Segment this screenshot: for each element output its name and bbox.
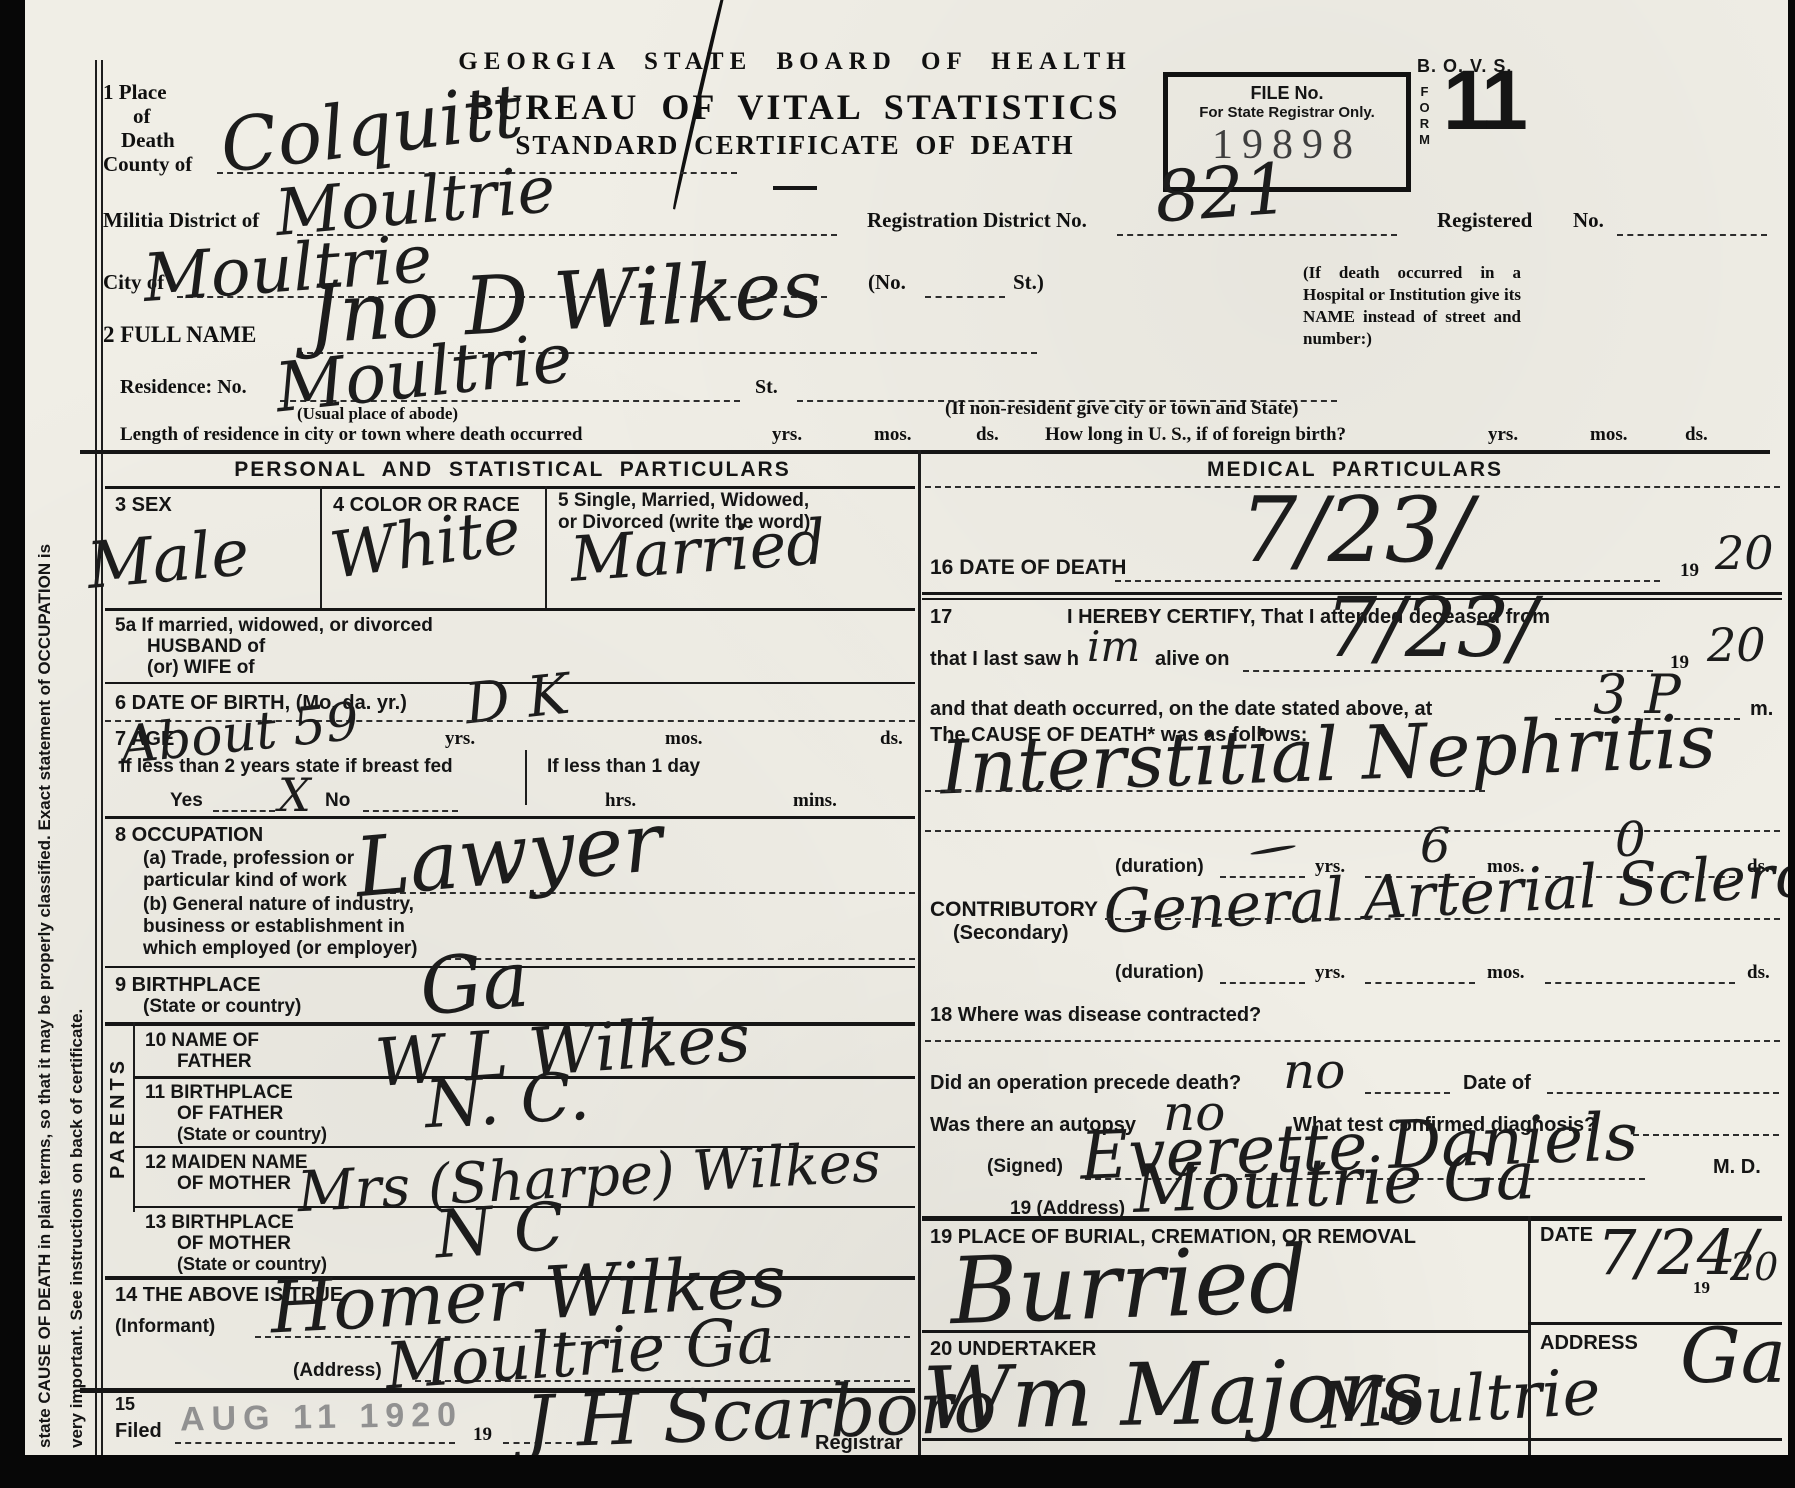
test-dotted-line xyxy=(1633,1134,1779,1136)
father-bp-sub-label: (State or country) xyxy=(177,1124,327,1145)
breastfed-no-label: No xyxy=(325,790,350,812)
filed-date-stamp: AUG 11 1920 xyxy=(180,1396,464,1440)
occupation-a1-label: (a) Trade, profession or xyxy=(143,848,354,870)
filed-dotted-line xyxy=(175,1442,455,1444)
filed-year-prefix: 19 xyxy=(473,1424,492,1446)
form-number: 11 xyxy=(1443,58,1524,142)
howlong-ds-label: ds. xyxy=(1685,424,1708,446)
mother-name-label-2: OF MOTHER xyxy=(177,1173,291,1195)
duration2-mos-label: mos. xyxy=(1487,962,1524,984)
5a-label-2: HUSBAND of xyxy=(147,636,265,658)
age-yrs-label: yrs. xyxy=(445,728,475,750)
dateof-label: Date of xyxy=(1463,1072,1531,1095)
undertaker-city-value: Moultrie xyxy=(1319,1361,1602,1440)
where-contracted-label: 18 Where was disease contracted? xyxy=(930,1004,1261,1027)
burial-year-prefix: 19 xyxy=(1693,1278,1710,1298)
dod-year-value: 20 xyxy=(1715,530,1774,576)
operation-value: no xyxy=(1283,1046,1345,1096)
street-label: St.) xyxy=(1013,270,1044,295)
burial-date-header: DATE xyxy=(1540,1224,1593,1247)
father-bp-label-2: OF FATHER xyxy=(177,1103,283,1125)
place-label-2: of xyxy=(133,104,151,129)
burial-year-value: 20 xyxy=(1730,1248,1778,1286)
sex-value: Male xyxy=(85,521,252,599)
sex-cell-divider xyxy=(320,486,322,608)
occupation-b3-label: which employed (or employer) xyxy=(143,938,418,960)
nonresident-note: (If non-resident give city or town and S… xyxy=(945,398,1298,420)
operation-dotted-line xyxy=(1365,1092,1450,1094)
occupation-label: 8 OCCUPATION xyxy=(115,824,263,847)
length-yrs-label: yrs. xyxy=(772,424,802,446)
lastsaw-date-value: 7/23/ xyxy=(1325,588,1537,670)
no-dotted-line xyxy=(363,810,458,812)
dateof-dotted-line xyxy=(1547,1092,1779,1094)
rule-under-sex-row xyxy=(105,608,915,611)
dob-value: D K xyxy=(462,667,572,734)
registered-label: Registered xyxy=(1437,208,1532,233)
file-registrar-only-label: For State Registrar Only. xyxy=(1168,104,1406,121)
cause-dotted-line xyxy=(925,790,1485,792)
rule-under-undertaker xyxy=(922,1438,1782,1441)
age-cell-divider xyxy=(525,750,527,805)
secondary-label: (Secondary) xyxy=(953,922,1069,945)
father-name-label-2: FATHER xyxy=(177,1051,252,1073)
mother-bp-label-1: 13 BIRTHPLACE xyxy=(145,1212,294,1234)
duration1-yrs-flourish xyxy=(1250,844,1296,856)
county-of-label: County of xyxy=(103,152,192,177)
contributory-label: CONTRIBUTORY xyxy=(930,898,1098,922)
registrar-label: Registrar xyxy=(815,1432,903,1455)
mother-bp-label-2: OF MOTHER xyxy=(177,1233,291,1255)
sex-label: 3 SEX xyxy=(115,494,172,517)
lastsaw-him-value: im xyxy=(1087,626,1140,668)
parents-divider xyxy=(133,1022,135,1212)
header-dash xyxy=(773,186,817,190)
5a-label-1: 5a If married, widowed, or divorced xyxy=(115,615,433,637)
where-dotted-line xyxy=(925,1040,1780,1042)
file-no-label: FILE No. xyxy=(1168,83,1406,104)
undertaker-address-header: ADDRESS xyxy=(1540,1332,1638,1355)
date-of-death-value: 7/23/ xyxy=(1240,486,1472,576)
length-mos-label: mos. xyxy=(874,424,911,446)
personal-header-rule xyxy=(105,486,915,489)
father-bp-label-1: 11 BIRTHPLACE xyxy=(145,1082,293,1104)
duration2-yrs-label: yrs. xyxy=(1315,962,1345,984)
age-mos-label: mos. xyxy=(665,728,702,750)
occupation-b1-label: (b) General nature of industry, xyxy=(143,894,414,916)
informant-address-label: (Address) xyxy=(293,1360,382,1382)
street-no-label: (No. xyxy=(868,270,906,295)
filed-number-label: 15 xyxy=(115,1394,135,1415)
militia-district-label: Militia District of xyxy=(103,208,259,233)
contributory-dotted-line xyxy=(1105,918,1780,920)
occupation-a2-label: particular kind of work xyxy=(143,870,347,892)
race-cell-divider xyxy=(545,486,547,608)
physician-address-value: Moultrie Ga xyxy=(1132,1143,1536,1223)
marital-value: Married xyxy=(568,511,828,591)
certify-number: 17 xyxy=(930,606,952,629)
registration-district-value: 821 xyxy=(1153,153,1291,232)
age-ds-label: ds. xyxy=(880,728,903,750)
margin-instruction-line1: state CAUSE OF DEATH in plain terms, so … xyxy=(35,63,55,1448)
signed-label: (Signed) xyxy=(987,1156,1063,1178)
street-no-dotted-line xyxy=(925,296,1005,298)
lastsaw-post-label: alive on xyxy=(1155,648,1229,671)
father-name-label-1: 10 NAME OF xyxy=(145,1030,259,1052)
margin-instruction-line2: very important. See instructions on back… xyxy=(67,63,87,1448)
residence-label: Residence: No. xyxy=(120,376,247,399)
duration2-ds-label: ds. xyxy=(1747,962,1770,984)
occupation-b2-label: business or establishment in xyxy=(143,916,405,938)
length-ds-label: ds. xyxy=(976,424,999,446)
duration2-label: (duration) xyxy=(1115,962,1204,984)
mins-label: mins. xyxy=(793,790,837,812)
length-of-residence-label: Length of residence in city or town wher… xyxy=(120,424,582,446)
dod-year-prefix: 19 xyxy=(1680,560,1699,582)
scan-background: state CAUSE OF DEATH in plain terms, so … xyxy=(0,0,1795,1488)
duration2-yrs-dotted xyxy=(1220,982,1305,984)
certificate-paper: state CAUSE OF DEATH in plain terms, so … xyxy=(25,0,1788,1455)
registered-no-label: No. xyxy=(1573,208,1604,233)
lastsaw-pre-label: that I last saw h xyxy=(930,648,1079,671)
lastsaw-year-value: 20 xyxy=(1707,622,1766,668)
5a-label-3: (or) WIFE of xyxy=(147,657,255,679)
lessday-label: If less than 1 day xyxy=(547,756,700,778)
undertaker-state-value: Ga xyxy=(1680,1318,1786,1394)
registration-district-label: Registration District No. xyxy=(867,208,1087,233)
parents-label: PARENTS xyxy=(107,1028,130,1208)
abode-note: (Usual place of abode) xyxy=(297,404,458,424)
filed-label: Filed xyxy=(115,1420,162,1443)
birthplace-sub-label: (State or country) xyxy=(143,996,301,1018)
md-label: M. D. xyxy=(1713,1156,1761,1179)
column-divider xyxy=(918,450,921,1455)
informant-label: (Informant) xyxy=(115,1316,215,1338)
breastfed-x-mark: X xyxy=(278,772,311,818)
place-label-1: 1 Place xyxy=(103,80,167,105)
father-bp-value: N. C. xyxy=(423,1064,591,1139)
occurred-m-label: m. xyxy=(1750,698,1773,721)
residence-st-label: St. xyxy=(755,376,778,399)
full-name-label: 2 FULL NAME xyxy=(103,322,256,348)
howlong-us-label: How long in U. S., if of foreign birth? xyxy=(1045,424,1346,446)
hospital-note: (If death occurred in a Hospital or Inst… xyxy=(1303,262,1521,350)
header-board: GEORGIA STATE BOARD OF HEALTH xyxy=(405,48,1185,76)
yes-dotted-line xyxy=(213,810,275,812)
howlong-yrs-label: yrs. xyxy=(1488,424,1518,446)
date-of-death-label: 16 DATE OF DEATH xyxy=(930,556,1126,580)
margin-rule-outer xyxy=(95,60,97,1455)
main-divider xyxy=(80,450,1770,454)
rule-under-burial xyxy=(922,1330,1530,1333)
breastfed-yes-label: Yes xyxy=(170,790,203,812)
registered-dotted-line xyxy=(1617,234,1767,236)
duration2-mos-dotted xyxy=(1365,982,1475,984)
mother-name-label-1: 12 MAIDEN NAME xyxy=(145,1152,308,1174)
form-word-label: FORM xyxy=(1417,84,1432,148)
burial-value: Burried xyxy=(949,1234,1310,1338)
howlong-mos-label: mos. xyxy=(1590,424,1627,446)
personal-header: PERSONAL AND STATISTICAL PARTICULARS xyxy=(110,458,915,482)
duration2-ds-dotted xyxy=(1545,982,1735,984)
cause-dotted-line-2 xyxy=(925,830,1780,832)
place-label-3: Death xyxy=(121,128,175,153)
birthplace-label: 9 BIRTHPLACE xyxy=(115,974,261,997)
